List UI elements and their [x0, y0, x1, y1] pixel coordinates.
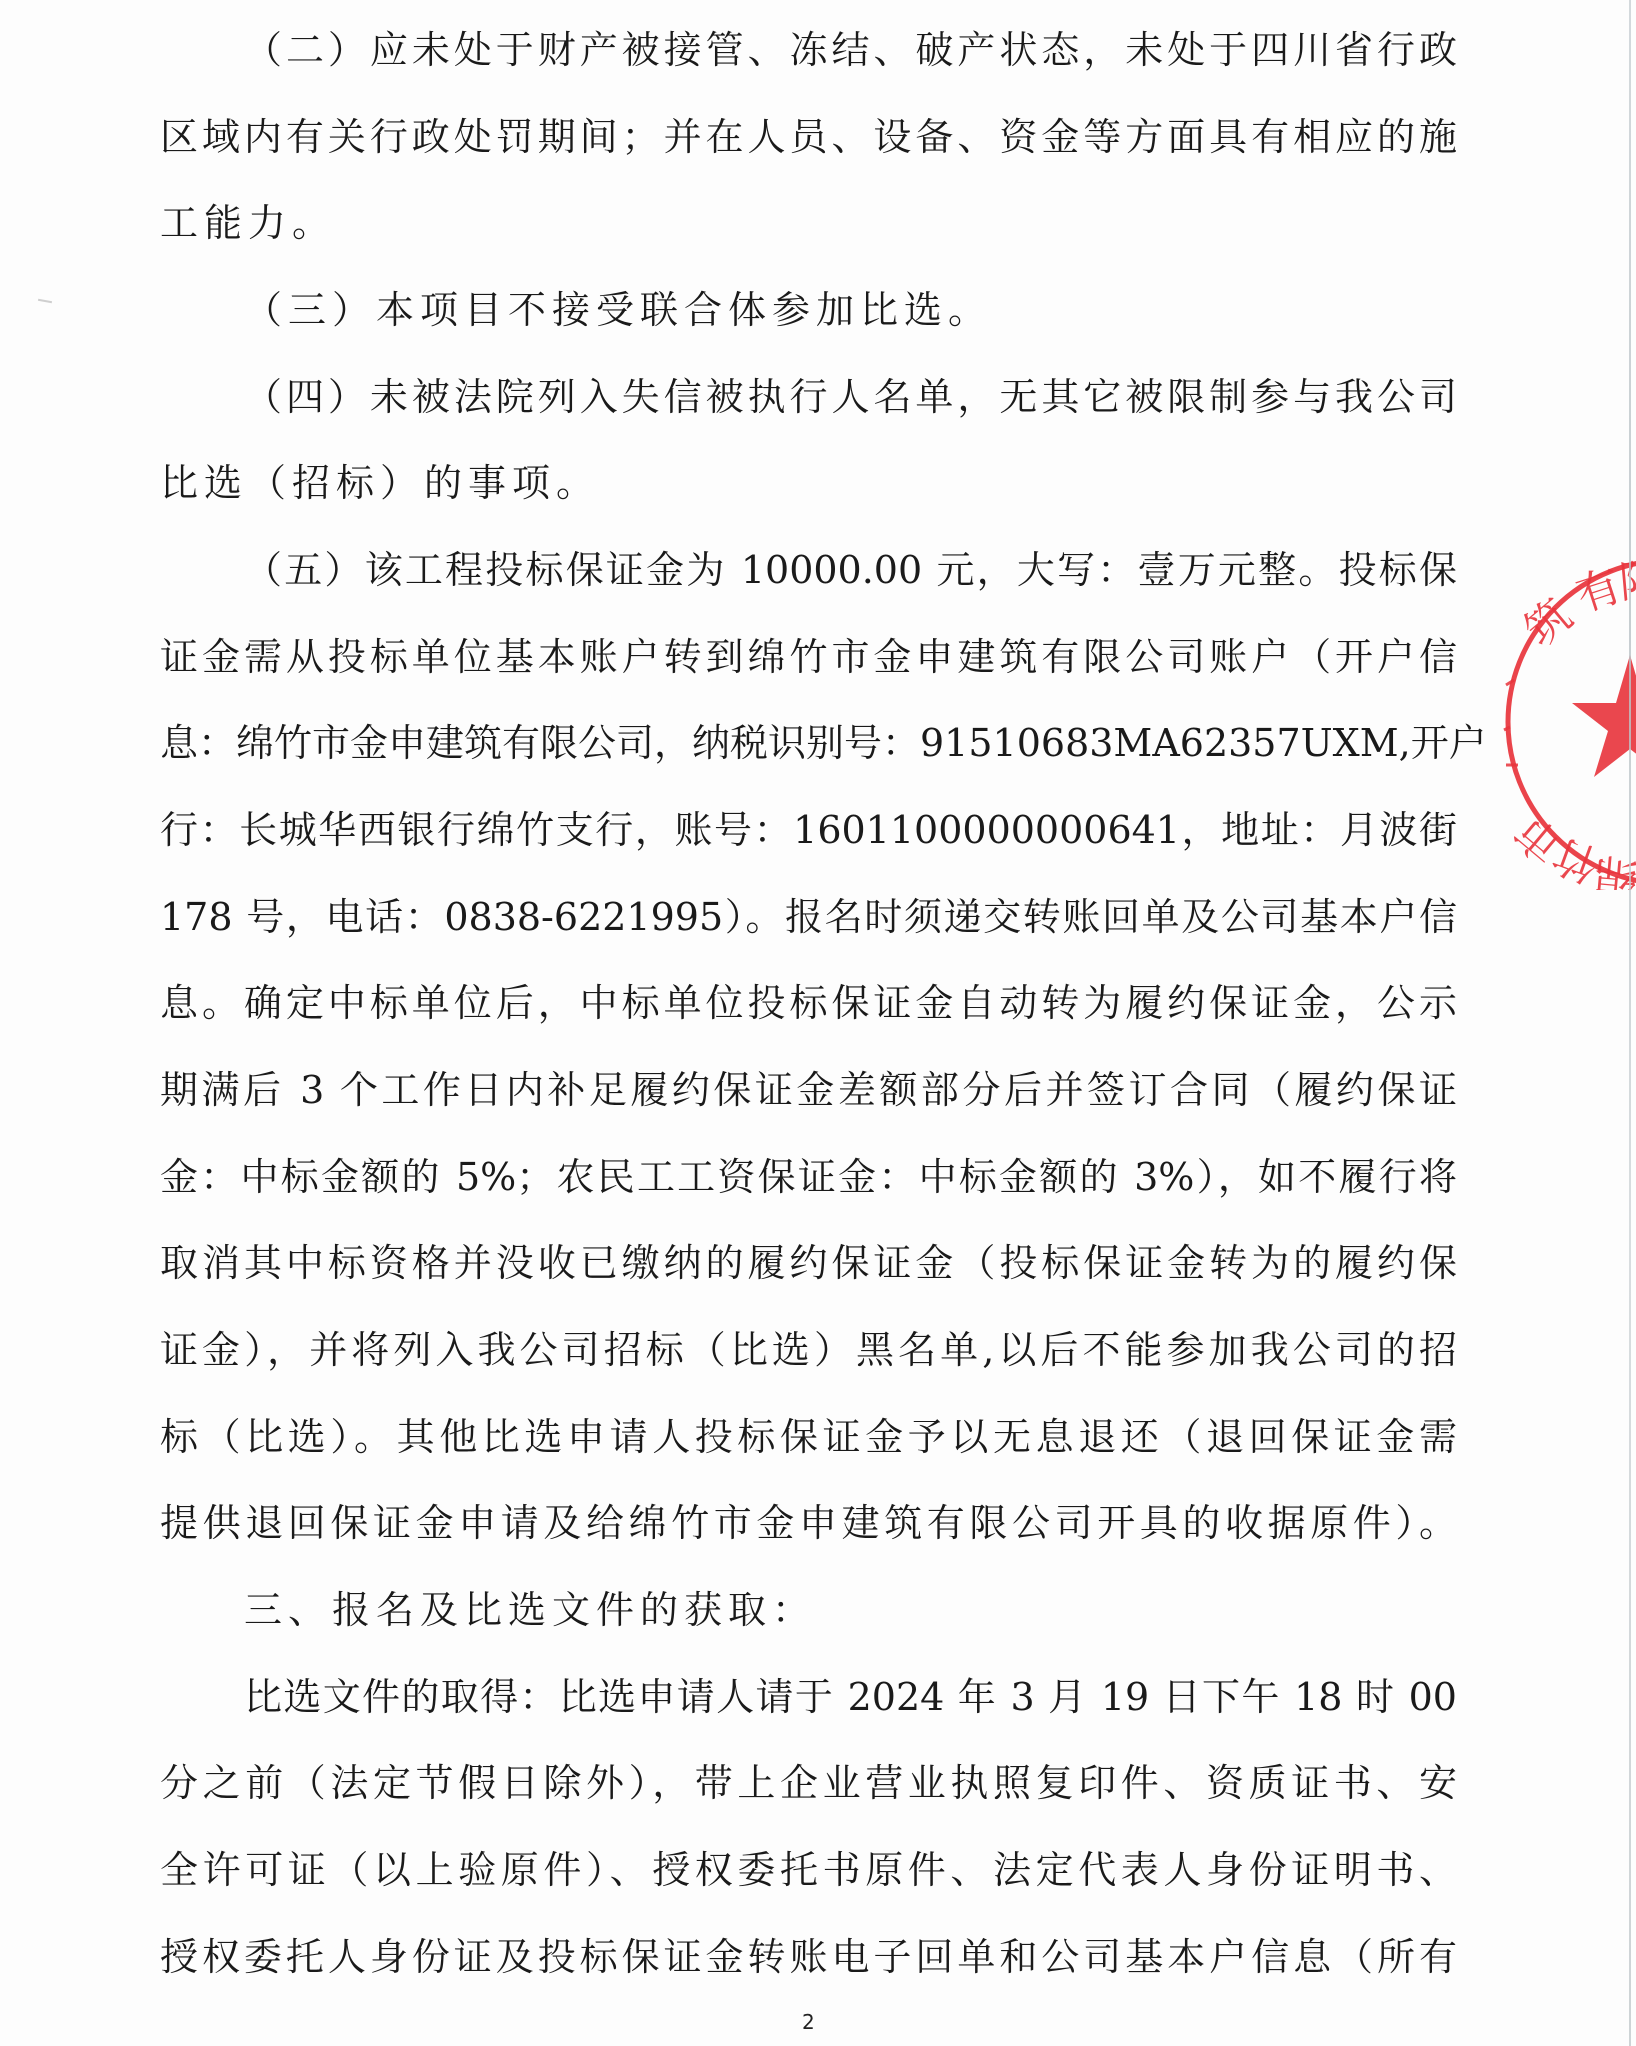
company-seal: 筑 有 限 市 竹 绵 [1500, 555, 1636, 890]
paragraph-line: （四）未被法院列入失信被执行人名单，无其它被限制参与我公司 [244, 367, 1457, 427]
paragraph-line: 期满后 3 个工作日内补足履约保证金差额部分后并签订合同（履约保证 [160, 1060, 1457, 1120]
paragraph-line: 比选（招标）的事项。 [160, 453, 1457, 513]
scan-speck [38, 299, 52, 303]
paragraph-line: 比选文件的取得：比选申请人请于 2024 年 3 月 19 日下午 18 时 0… [244, 1667, 1457, 1727]
paragraph-line: 证金），并将列入我公司招标（比选）黑名单,以后不能参加我公司的招 [160, 1320, 1457, 1380]
paragraph-line: 全许可证（以上验原件）、授权委托书原件、法定代表人身份证明书、 [160, 1840, 1457, 1900]
paragraph-line: （五）该工程投标保证金为 10000.00 元，大写：壹万元整。投标保 [244, 540, 1457, 600]
page-edge [1629, 0, 1631, 2046]
seal-icon: 筑 有 限 市 竹 绵 [1500, 555, 1636, 890]
paragraph-line: 取消其中标资格并没收已缴纳的履约保证金（投标保证金转为的履约保 [160, 1233, 1457, 1293]
paragraph-line: 提供退回保证金申请及给绵竹市金申建筑有限公司开具的收据原件）。 [160, 1493, 1457, 1553]
svg-text:限: 限 [1617, 555, 1636, 609]
page-number: 2 [802, 2010, 815, 2034]
paragraph-line: 178 号，电话：0838-6221995）。报名时须递交转账回单及公司基本户信 [160, 887, 1457, 947]
paragraph-line: 证金需从投标单位基本账户转到绵竹市金申建筑有限公司账户（开户信 [160, 627, 1457, 687]
paragraph-line: 分之前（法定节假日除外），带上企业营业执照复印件、资质证书、安 [160, 1753, 1457, 1813]
section-heading: 三、报名及比选文件的获取： [244, 1580, 1457, 1640]
paragraph-line: （二）应未处于财产被接管、冻结、破产状态，未处于四川省行政 [244, 20, 1457, 80]
paragraph-line: 息。确定中标单位后，中标单位投标保证金自动转为履约保证金，公示 [160, 973, 1457, 1033]
paragraph-line: 行：长城华西银行绵竹支行，账号：1601100000000641，地址：月波街 [160, 800, 1457, 860]
paragraph-line: 区域内有关行政处罚期间；并在人员、设备、资金等方面具有相应的施 [160, 107, 1457, 167]
paragraph-line: 工能力。 [160, 193, 1457, 253]
document-page: （二）应未处于财产被接管、冻结、破产状态，未处于四川省行政 区域内有关行政处罚期… [0, 0, 1636, 2046]
paragraph-line: 授权委托人身份证及投标保证金转账电子回单和公司基本户信息（所有 [160, 1927, 1457, 1987]
paragraph-line: 息：绵竹市金申建筑有限公司，纳税识别号：91510683MA62357UXM,开… [160, 713, 1457, 773]
paragraph-line: 金：中标金额的 5%；农民工工资保证金：中标金额的 3%），如不履行将 [160, 1147, 1457, 1207]
paragraph-line: 标（比选）。其他比选申请人投标保证金予以无息退还（退回保证金需 [160, 1407, 1457, 1467]
paragraph-line: （三）本项目不接受联合体参加比选。 [244, 280, 1457, 340]
